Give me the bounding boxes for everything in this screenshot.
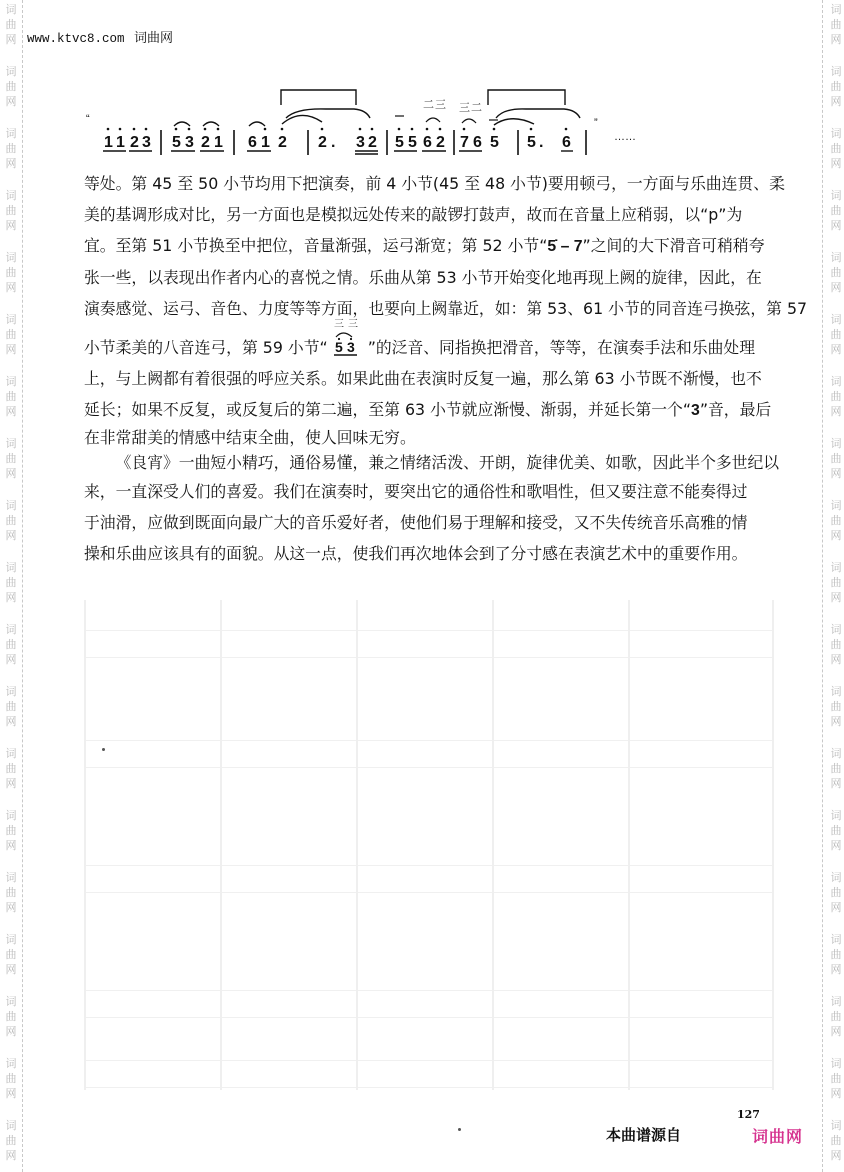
watermark-char: 曲: [3, 947, 19, 962]
watermark-stack: 词曲网: [828, 126, 844, 171]
watermark-stack: 词曲网: [3, 374, 19, 419]
watermark-char: 词: [828, 1118, 844, 1133]
watermark-char: 曲: [3, 575, 19, 590]
watermark-stack: 词曲网: [828, 808, 844, 853]
watermark-char: 词: [3, 1056, 19, 1071]
measure-5: 55 62 二三: [394, 98, 454, 155]
notation-excerpt: “ 11 23 53 21 61 2: [86, 78, 706, 158]
watermark-char: 网: [828, 342, 844, 357]
watermark-char: 曲: [828, 947, 844, 962]
watermark-char: 网: [3, 590, 19, 605]
watermark-char: 网: [3, 156, 19, 171]
watermark-stack: 词曲网: [828, 436, 844, 481]
svg-text:7: 7: [460, 134, 469, 151]
watermark-char: 网: [828, 1024, 844, 1039]
watermark-char: 曲: [828, 1071, 844, 1086]
svg-text:5: 5: [408, 134, 417, 151]
svg-text:.: .: [539, 134, 543, 151]
site-url[interactable]: www.ktvc8.com: [27, 32, 125, 46]
svg-text:5: 5: [395, 134, 404, 151]
text-line: 操和乐曲应该具有的面貌。从这一点，使我们再次地体会到了分寸感在表演艺术中的重要作…: [84, 538, 766, 569]
text-line: 上，与上阙都有着很强的呼应关系。如果此曲在表演时反复一遍，那么第 63 小节既不…: [84, 363, 766, 394]
watermark-char: 词: [828, 498, 844, 513]
page-number: 127: [737, 1108, 760, 1121]
watermark-char: 网: [828, 962, 844, 977]
svg-text:5: 5: [490, 134, 499, 151]
watermark-char: 曲: [3, 265, 19, 280]
ellipsis: ……: [614, 131, 636, 143]
watermark-stack: 词曲网: [828, 560, 844, 605]
volta-bracket-1: [281, 90, 356, 105]
watermark-char: 词: [828, 188, 844, 203]
watermark-char: 词: [3, 436, 19, 451]
watermark-char: 词: [828, 560, 844, 575]
watermark-char: 网: [3, 776, 19, 791]
watermark-char: 网: [828, 652, 844, 667]
watermark-char: 曲: [828, 575, 844, 590]
watermark-char: 网: [3, 466, 19, 481]
watermark-char: 词: [828, 808, 844, 823]
watermark-char: 网: [828, 94, 844, 109]
watermark-char: 曲: [828, 1133, 844, 1148]
svg-text:5: 5: [335, 339, 343, 355]
measure-7: 5. 6: [527, 128, 586, 155]
svg-text:2: 2: [201, 134, 210, 151]
watermark-char: 词: [828, 436, 844, 451]
svg-text:3: 3: [185, 134, 194, 151]
svg-text:1: 1: [214, 134, 223, 151]
watermark-char: 词: [3, 870, 19, 885]
watermark-char: 网: [828, 528, 844, 543]
watermark-char: 曲: [828, 141, 844, 156]
watermark-char: 曲: [3, 761, 19, 776]
watermark-char: 词: [3, 994, 19, 1009]
measure-1: 11 23: [103, 128, 161, 155]
watermark-stack: 词曲网: [828, 622, 844, 667]
watermark-char: 网: [3, 404, 19, 419]
watermark-char: 词: [3, 250, 19, 265]
watermark-stack: 词曲网: [828, 312, 844, 357]
watermark-stack: 词曲网: [3, 1056, 19, 1101]
watermark-stack: 词曲网: [3, 684, 19, 729]
svg-text:3: 3: [356, 134, 365, 151]
text-line: 于油滑，应做到既面向最广大的音乐爱好者，使他们易于理解和接受，又不失传统音乐高雅…: [84, 507, 766, 538]
svg-text:1: 1: [104, 134, 113, 151]
watermark-char: 词: [828, 2, 844, 17]
watermark-char: 曲: [3, 17, 19, 32]
watermark-char: 曲: [3, 389, 19, 404]
text-line: 《良宵》一曲短小精巧，通俗易懂，兼之情绪活泼、开朗，旋律优美、如歌，因此半个多世…: [84, 450, 766, 476]
text-line: 演奏感觉、运弓、音色、力度等等方面，也要向上阙靠近，如：第 53、61 小节的同…: [84, 293, 766, 324]
watermark-char: 网: [828, 776, 844, 791]
watermark-char: 曲: [3, 1009, 19, 1024]
watermark-char: 词: [828, 684, 844, 699]
watermark-char: 曲: [828, 79, 844, 94]
inline-notation-note3: 3: [691, 402, 700, 419]
text-line: 在非常甜美的情感中结束全曲，使人回味无穷。: [84, 426, 766, 450]
watermark-char: 曲: [828, 699, 844, 714]
watermark-char: 网: [828, 280, 844, 295]
watermark-stack: 词曲网: [828, 932, 844, 977]
watermark-stack: 词曲网: [828, 64, 844, 109]
watermark-char: 曲: [3, 203, 19, 218]
site-header: www.ktvc8.com 词曲网: [27, 27, 173, 46]
watermark-stack: 词曲网: [828, 188, 844, 233]
text-line: 宜。至第 51 小节换至中把位，音量渐强，运弓渐宽；第 52 小节“5̇ – 7…: [84, 230, 766, 262]
watermark-char: 曲: [828, 885, 844, 900]
watermark-stack: 词曲网: [828, 374, 844, 419]
watermark-char: 网: [3, 32, 19, 47]
watermark-char: 曲: [3, 327, 19, 342]
watermark-char: 词: [3, 622, 19, 637]
watermark-char: 词: [3, 126, 19, 141]
watermark-stack: 词曲网: [828, 1056, 844, 1101]
open-quote: “: [86, 113, 90, 125]
watermark-stack: 词曲网: [828, 250, 844, 295]
watermark-char: 词: [828, 64, 844, 79]
watermark-char: 词: [3, 932, 19, 947]
svg-text:6: 6: [248, 134, 257, 151]
inline-notation-m52: 5̇ – 7: [547, 238, 582, 255]
watermark-char: 词: [828, 746, 844, 761]
svg-text:2: 2: [130, 134, 139, 151]
watermark-stack: 词曲网: [828, 870, 844, 915]
watermark-char: 网: [3, 1148, 19, 1163]
watermark-char: 网: [828, 1148, 844, 1163]
watermark-stack: 词曲网: [3, 2, 19, 47]
watermark-char: 网: [828, 714, 844, 729]
svg-text:2: 2: [436, 134, 445, 151]
rail-divider: [822, 0, 823, 1172]
watermark-char: 曲: [828, 17, 844, 32]
watermark-stack: 词曲网: [3, 808, 19, 853]
watermark-char: 词: [828, 374, 844, 389]
watermark-char: 曲: [828, 1009, 844, 1024]
watermark-char: 网: [828, 900, 844, 915]
jianpu-notation-graphic: “ 11 23 53 21 61 2: [86, 78, 706, 158]
watermark-char: 词: [828, 126, 844, 141]
watermark-stack: 词曲网: [3, 498, 19, 543]
watermark-char: 曲: [3, 885, 19, 900]
watermark-char: 词: [3, 64, 19, 79]
watermark-char: 词: [828, 622, 844, 637]
svg-text:5: 5: [527, 134, 536, 151]
paragraph-2: 《良宵》一曲短小精巧，通俗易懂，兼之情绪活泼、开朗，旋律优美、如歌，因此半个多世…: [84, 450, 766, 569]
svg-text:1: 1: [116, 134, 125, 151]
watermark-char: 曲: [3, 513, 19, 528]
watermark-char: 网: [828, 218, 844, 233]
watermark-char: 网: [828, 838, 844, 853]
watermark-char: 网: [3, 342, 19, 357]
volta-bracket-2: [488, 90, 565, 105]
watermark-char: 曲: [828, 761, 844, 776]
measure-4: 2. 32: [318, 128, 387, 155]
watermark-stack: 词曲网: [828, 1118, 844, 1163]
watermark-char: 曲: [3, 141, 19, 156]
measure-3: 61 2: [247, 109, 370, 155]
svg-text:三: 三: [334, 318, 344, 330]
text-line: 延长；如果不反复，或反复后的第二遍，至第 63 小节就应渐慢、渐弱，并延长第一个…: [84, 394, 766, 426]
watermark-char: 曲: [828, 637, 844, 652]
text-line: 张一些，以表现出作者内心的喜悦之情。乐曲从第 53 小节开始变化地再现上阙的旋律…: [84, 262, 766, 293]
watermark-char: 网: [3, 714, 19, 729]
scan-speck: [102, 748, 105, 751]
watermark-stack: 词曲网: [3, 746, 19, 791]
text-line: 美的基调形成对比，另一方面也是模拟远处传来的敲锣打鼓声，故而在音量上应稍弱，以“…: [84, 199, 766, 230]
watermark-char: 词: [828, 312, 844, 327]
watermark-char: 网: [828, 32, 844, 47]
paragraph-1: 等处。第 45 至 50 小节均用下把演奏，前 4 小节(45 至 48 小节)…: [84, 168, 766, 450]
svg-text:三: 三: [459, 101, 470, 114]
measure-2: 53 21: [171, 122, 234, 155]
watermark-char: 曲: [828, 823, 844, 838]
watermark-char: 词: [3, 312, 19, 327]
watermark-stack: 词曲网: [3, 932, 19, 977]
svg-text:1: 1: [261, 134, 270, 151]
watermark-char: 曲: [3, 637, 19, 652]
watermark-stack: 词曲网: [828, 684, 844, 729]
inline-notation-m59: 三三53: [328, 333, 368, 353]
svg-text:6: 6: [423, 134, 432, 151]
article-body: 等处。第 45 至 50 小节均用下把演奏，前 4 小节(45 至 48 小节)…: [84, 168, 766, 569]
watermark-stack: 词曲网: [3, 436, 19, 481]
svg-text:.: .: [331, 134, 335, 151]
watermark-char: 网: [3, 94, 19, 109]
scan-speck: [458, 1128, 461, 1131]
watermark-char: 词: [3, 2, 19, 17]
watermark-rail-left: 词曲网词曲网词曲网词曲网词曲网词曲网词曲网词曲网词曲网词曲网词曲网词曲网词曲网词…: [0, 0, 22, 1172]
svg-text:5: 5: [172, 134, 181, 151]
watermark-char: 曲: [828, 389, 844, 404]
watermark-stack: 词曲网: [3, 312, 19, 357]
watermark-char: 网: [3, 280, 19, 295]
watermark-char: 网: [3, 1024, 19, 1039]
rail-divider: [22, 0, 23, 1172]
watermark-stack: 词曲网: [3, 560, 19, 605]
close-quote: ”: [594, 117, 598, 129]
svg-text:6: 6: [473, 134, 482, 151]
watermark-char: 曲: [3, 823, 19, 838]
site-logo[interactable]: 词曲网: [752, 1124, 803, 1147]
svg-text:2: 2: [278, 134, 287, 151]
watermark-char: 网: [3, 1086, 19, 1101]
watermark-char: 网: [3, 652, 19, 667]
watermark-char: 曲: [3, 79, 19, 94]
svg-text:二: 二: [423, 99, 434, 111]
watermark-char: 词: [828, 1056, 844, 1071]
watermark-char: 词: [3, 560, 19, 575]
svg-text:三: 三: [348, 318, 358, 330]
watermark-char: 曲: [3, 1071, 19, 1086]
watermark-char: 网: [828, 1086, 844, 1101]
watermark-stack: 词曲网: [828, 2, 844, 47]
watermark-char: 曲: [828, 327, 844, 342]
watermark-char: 词: [3, 374, 19, 389]
watermark-char: 网: [828, 156, 844, 171]
text-line: 来，一直深受人们的喜爱。我们在演奏时，要突出它的通俗性和歌唱性，但又要注意不能奏…: [84, 476, 766, 507]
svg-text:二: 二: [471, 102, 482, 114]
watermark-rail-right: 词曲网词曲网词曲网词曲网词曲网词曲网词曲网词曲网词曲网词曲网词曲网词曲网词曲网词…: [818, 0, 840, 1172]
svg-text:2: 2: [318, 134, 327, 151]
watermark-char: 词: [828, 932, 844, 947]
watermark-char: 网: [3, 900, 19, 915]
svg-text:6: 6: [562, 134, 571, 151]
source-label: 本曲谱源自: [606, 1124, 681, 1145]
svg-text:2: 2: [368, 134, 377, 151]
watermark-char: 词: [3, 498, 19, 513]
svg-text:3: 3: [142, 134, 151, 151]
watermark-char: 曲: [3, 699, 19, 714]
watermark-stack: 词曲网: [3, 994, 19, 1039]
watermark-stack: 词曲网: [828, 498, 844, 543]
svg-text:三: 三: [435, 98, 446, 111]
watermark-stack: 词曲网: [3, 64, 19, 109]
watermark-char: 曲: [3, 451, 19, 466]
watermark-stack: 词曲网: [828, 746, 844, 791]
watermark-stack: 词曲网: [3, 1118, 19, 1163]
watermark-char: 词: [828, 994, 844, 1009]
watermark-char: 词: [3, 684, 19, 699]
watermark-char: 曲: [3, 1133, 19, 1148]
watermark-char: 曲: [828, 513, 844, 528]
watermark-stack: 词曲网: [3, 870, 19, 915]
reverse-page-bleed-through: [84, 600, 774, 1090]
watermark-char: 网: [3, 838, 19, 853]
watermark-char: 网: [3, 528, 19, 543]
watermark-char: 词: [828, 870, 844, 885]
watermark-char: 词: [3, 188, 19, 203]
watermark-char: 词: [3, 746, 19, 761]
text-line: 等处。第 45 至 50 小节均用下把演奏，前 4 小节(45 至 48 小节)…: [84, 168, 766, 199]
watermark-stack: 词曲网: [3, 622, 19, 667]
text-line: 小节柔美的八音连弓，第 59 小节“三三53”的泛音、同指换把滑音，等等，在演奏…: [84, 324, 766, 363]
watermark-char: 词: [3, 1118, 19, 1133]
watermark-char: 曲: [828, 265, 844, 280]
watermark-stack: 词曲网: [3, 250, 19, 295]
watermark-char: 曲: [828, 203, 844, 218]
watermark-char: 曲: [828, 451, 844, 466]
watermark-char: 网: [3, 218, 19, 233]
svg-text:3: 3: [347, 339, 355, 355]
watermark-char: 网: [828, 590, 844, 605]
watermark-char: 网: [3, 962, 19, 977]
watermark-char: 网: [828, 404, 844, 419]
watermark-char: 网: [828, 466, 844, 481]
site-name: 词曲网: [134, 31, 173, 46]
watermark-stack: 词曲网: [828, 994, 844, 1039]
watermark-stack: 词曲网: [3, 126, 19, 171]
watermark-char: 词: [3, 808, 19, 823]
watermark-char: 词: [828, 250, 844, 265]
watermark-stack: 词曲网: [3, 188, 19, 233]
